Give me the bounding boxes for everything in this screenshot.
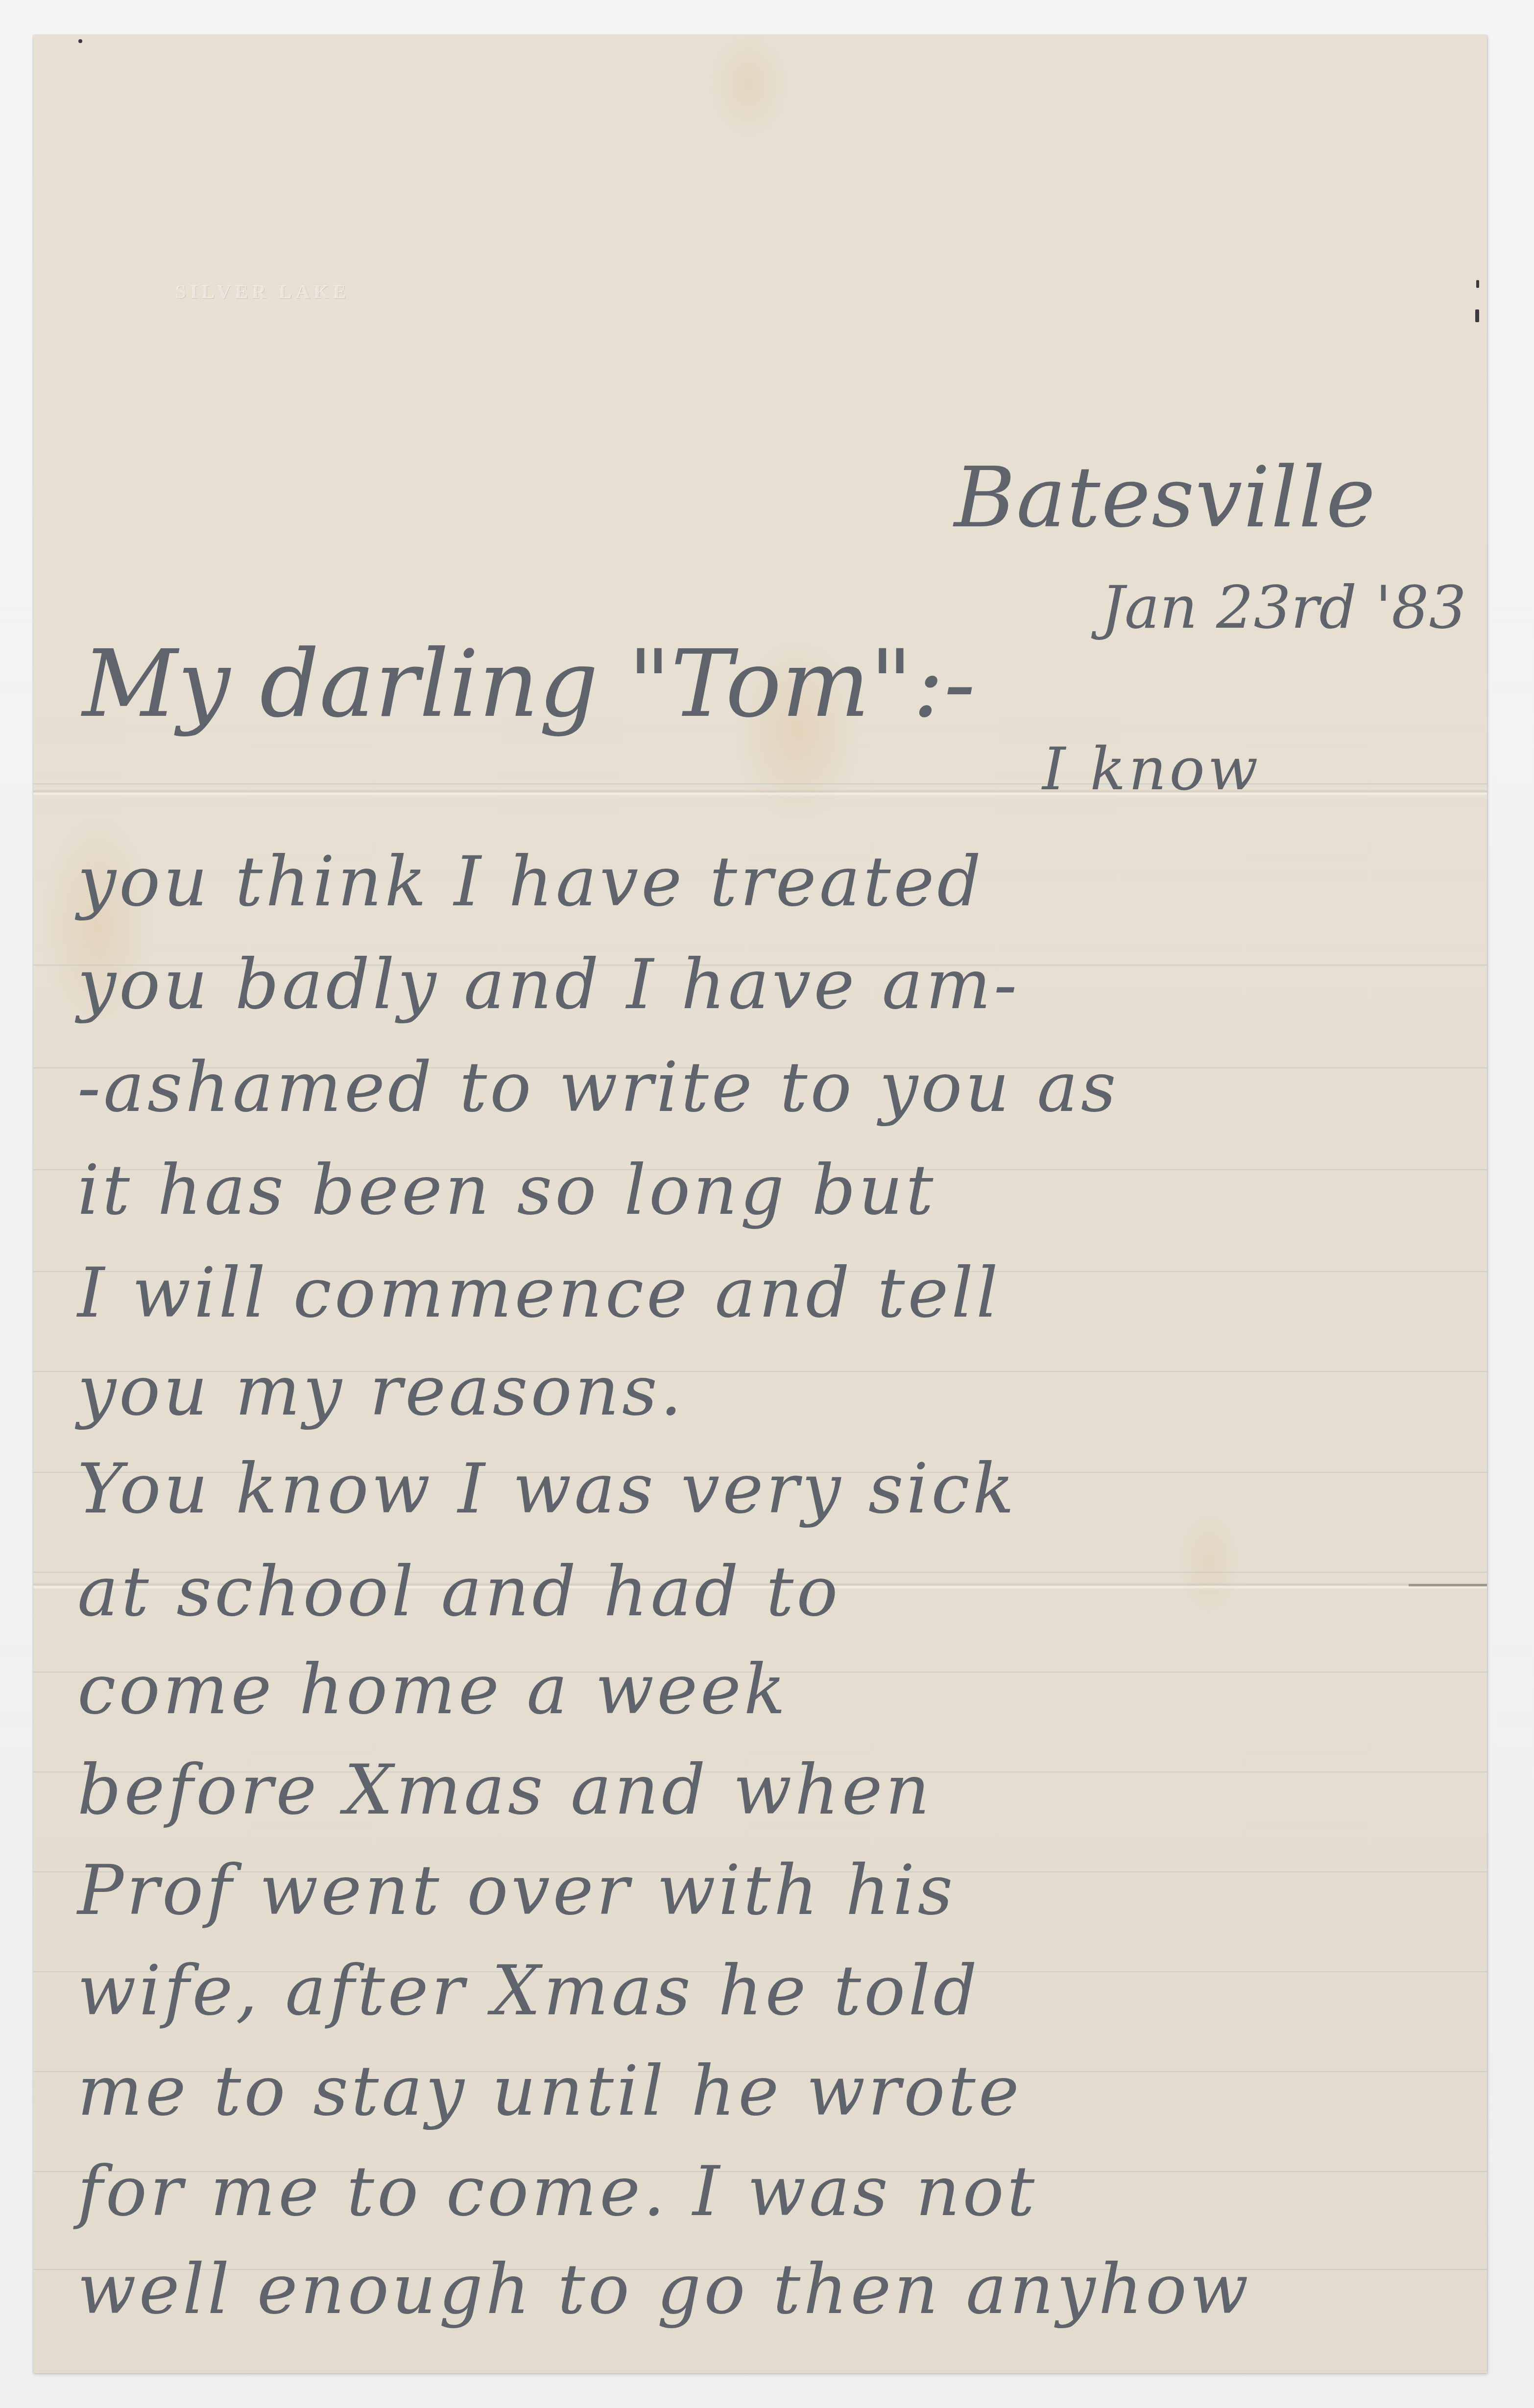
letter-line: wife, after Xmas he told (77, 1957, 980, 2026)
letter-line: come home a week (77, 1656, 789, 1724)
letter-line: for me to come. I was not (77, 2158, 1037, 2226)
edge-ink-mark (1476, 280, 1479, 288)
letter-line: well enough to go then anyhow (77, 2256, 1251, 2324)
letter-salutation: My darling "Tom":- (82, 637, 975, 731)
letter-line: -ashamed to write to you as (77, 1054, 1119, 1122)
letter-line: You know I was very sick (77, 1455, 1017, 1524)
letter-place: Batesville (954, 456, 1376, 540)
letter-line: I will commence and tell (77, 1259, 1001, 1328)
ink-dot (78, 39, 82, 43)
letter-line: Prof went over with his (77, 1857, 956, 1925)
ruled-line (33, 783, 1487, 784)
edge-ink-mark (1475, 309, 1479, 322)
letter-page: SILVER LAKE Batesville Jan 23rd '83 My d… (33, 35, 1487, 2373)
letter-line: at school and had to (77, 1558, 841, 1627)
fold-crease-upper (33, 789, 1487, 796)
letter-line: me to stay until he wrote (77, 2057, 1022, 2126)
letter-line: you think I have treated (77, 848, 984, 917)
letter-line: you badly and I have am- (77, 951, 1020, 1019)
letter-date: Jan 23rd '83 (1101, 579, 1466, 637)
letter-line: you my reasons. (77, 1357, 685, 1426)
letter-line: I know (1042, 740, 1261, 799)
letter-line: it has been so long but (77, 1157, 936, 1225)
letter-line: before Xmas and when (77, 1756, 933, 1825)
embossed-stamp: SILVER LAKE (175, 280, 350, 303)
